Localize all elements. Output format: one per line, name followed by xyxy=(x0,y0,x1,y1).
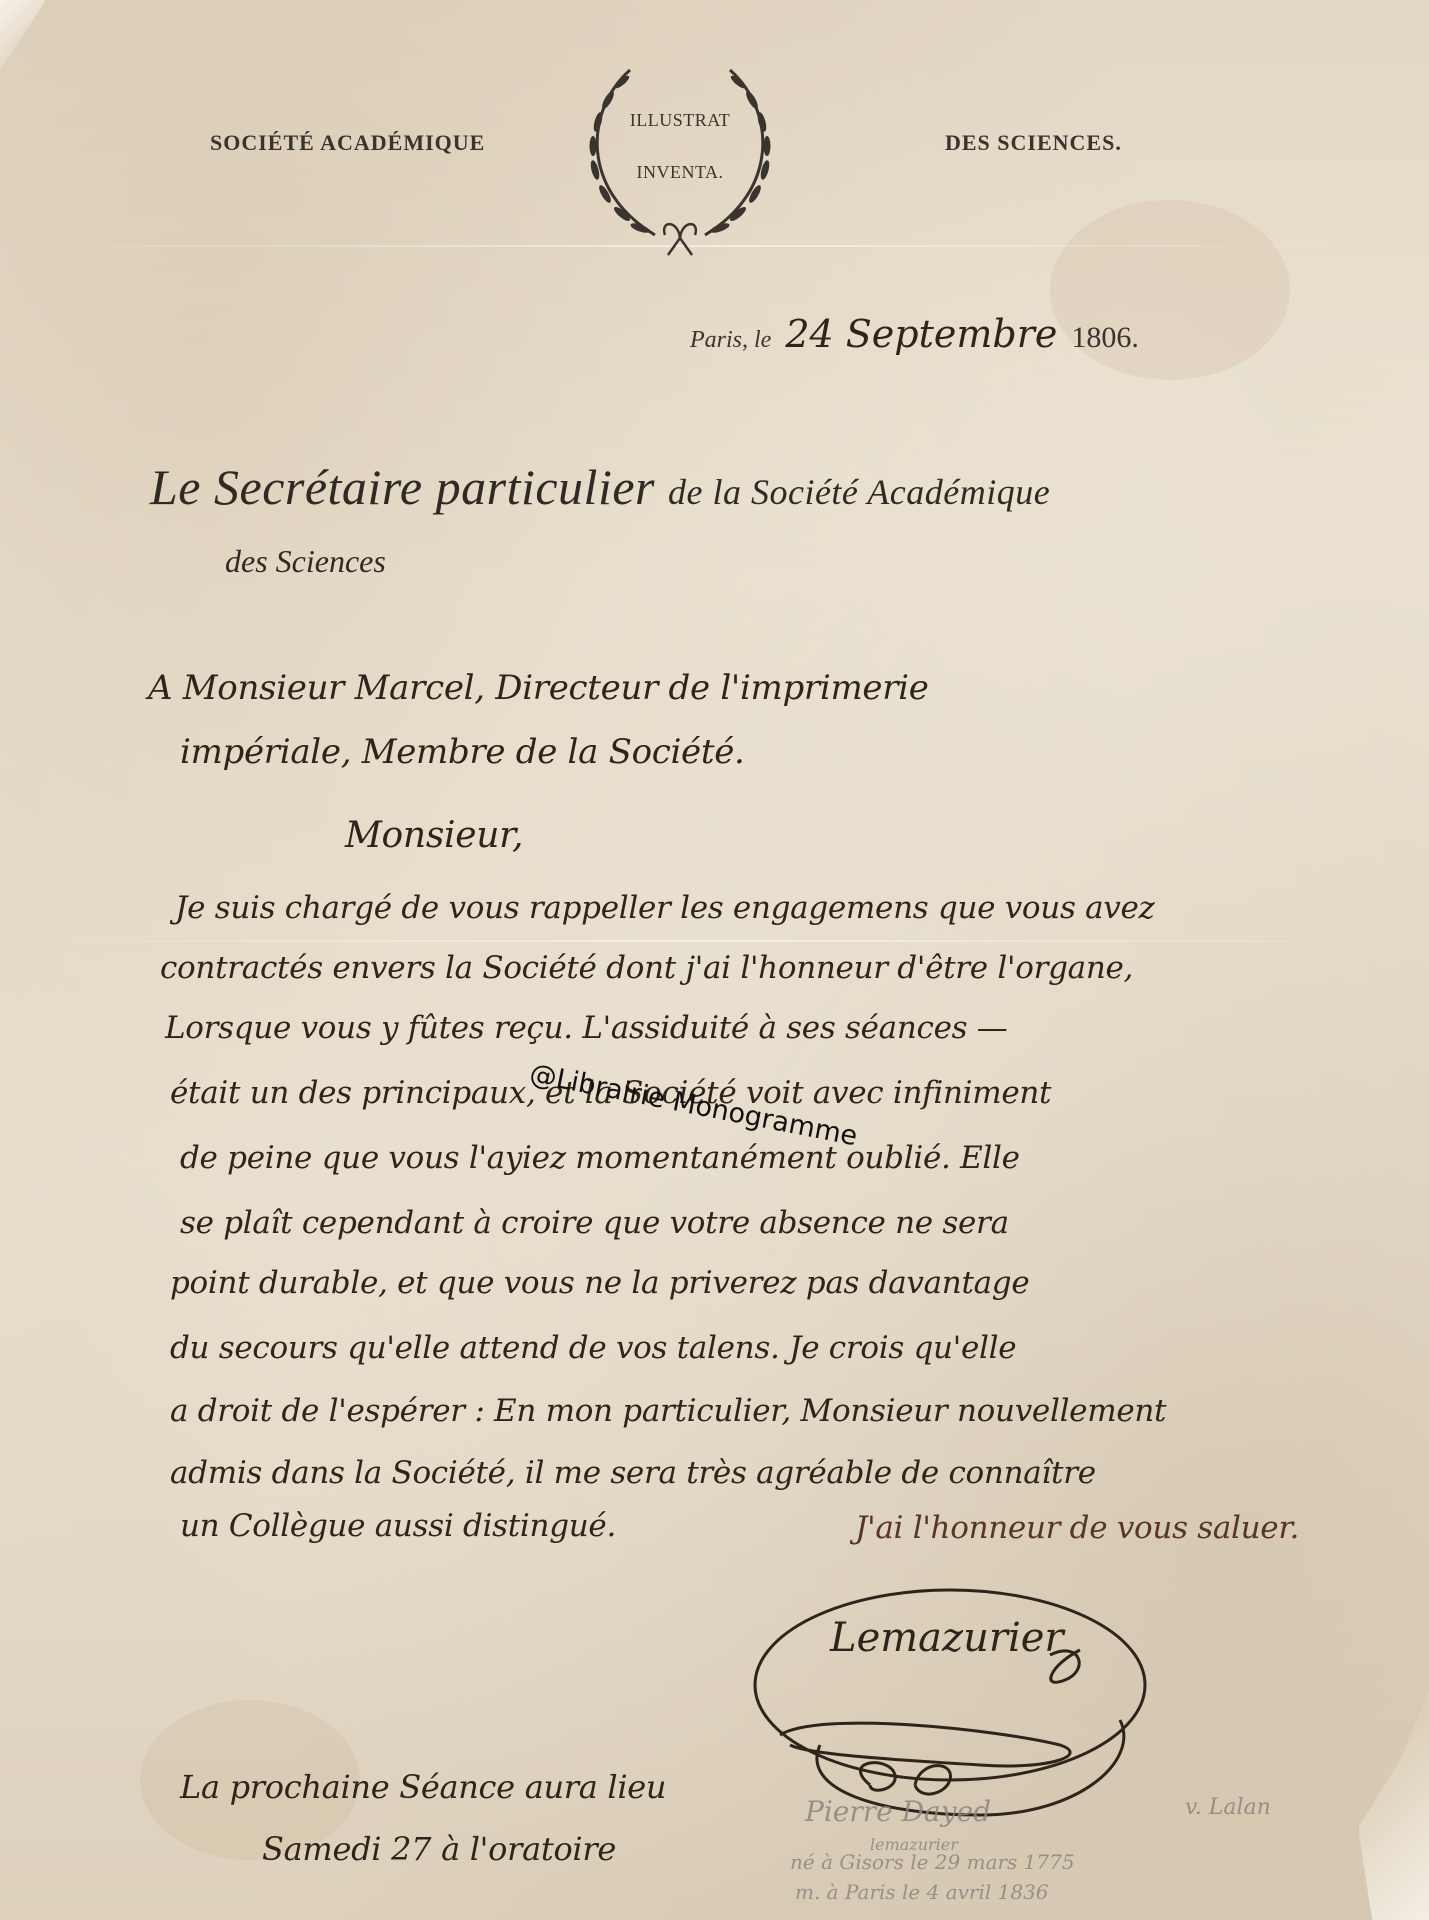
body-line: de peine que vous l'ayiez momentanément … xyxy=(180,1140,1020,1176)
letterhead-right: DES SCIENCES. xyxy=(945,130,1122,156)
body-line: se plaît cependant à croire que votre ab… xyxy=(180,1205,1009,1241)
signature-paraph-icon xyxy=(720,1570,1200,1830)
laurel-wreath-icon xyxy=(560,60,800,260)
motto-line-1: ILLUSTRAT xyxy=(600,110,760,131)
body-line: a droit de l'espérer : En mon particulie… xyxy=(170,1393,1166,1429)
sender-title-line-2: des Sciences xyxy=(225,543,386,580)
date-line: Paris, le 24 Septembre 1806. xyxy=(690,312,1139,356)
pencil-note-side: v. Lalan xyxy=(1185,1795,1271,1820)
pencil-note-died: m. à Paris le 4 avril 1836 xyxy=(795,1880,1049,1904)
folded-corner xyxy=(1358,1690,1429,1920)
body-line: contractés envers la Société dont j'ai l… xyxy=(160,950,1133,986)
body-line: un Collègue aussi distingué. xyxy=(180,1508,616,1544)
date-year: 1806. xyxy=(1071,321,1139,355)
body-line: admis dans la Société, il me sera très a… xyxy=(170,1455,1096,1491)
date-handwritten: 24 Septembre xyxy=(785,312,1057,356)
footnote-line-1: La prochaine Séance aura lieu xyxy=(180,1768,666,1806)
motto-line-2: INVENTA. xyxy=(600,162,760,183)
sender-title: Le Secrétaire particulier de la Société … xyxy=(150,458,1050,516)
signature-name: Lemazurier xyxy=(830,1615,1064,1661)
body-line: point durable, et que vous ne la privere… xyxy=(170,1265,1029,1301)
signature-block: Lemazurier xyxy=(720,1570,1200,1830)
body-line: Lorsque vous y fûtes reçu. L'assiduité à… xyxy=(165,1010,1008,1046)
letterhead-left: SOCIÉTÉ ACADÉMIQUE xyxy=(210,130,485,156)
date-prefix: Paris, le xyxy=(690,327,771,354)
torn-corner xyxy=(0,0,46,70)
pencil-note-name: Pierre Dayed xyxy=(805,1795,991,1828)
letter-page: SOCIÉTÉ ACADÉMIQUE xyxy=(0,0,1429,1920)
addressee-line-2: impériale, Membre de la Société. xyxy=(180,732,745,772)
addressee-line-1: A Monsieur Marcel, Directeur de l'imprim… xyxy=(148,668,929,708)
sender-title-large: Le Secrétaire particulier xyxy=(150,459,655,515)
footnote-line-2: Samedi 27 à l'oratoire xyxy=(262,1830,616,1868)
body-line: du secours qu'elle attend de vos talens.… xyxy=(170,1330,1016,1366)
salutation: Monsieur, xyxy=(345,815,523,856)
sender-title-small: de la Société Académique xyxy=(668,472,1050,512)
fold-crease xyxy=(0,940,1429,942)
body-line: Je suis chargé de vous rappeller les eng… xyxy=(175,890,1155,926)
pencil-note-born: né à Gisors le 29 mars 1775 xyxy=(790,1850,1075,1874)
closing-formula: J'ai l'honneur de vous saluer. xyxy=(855,1510,1299,1546)
